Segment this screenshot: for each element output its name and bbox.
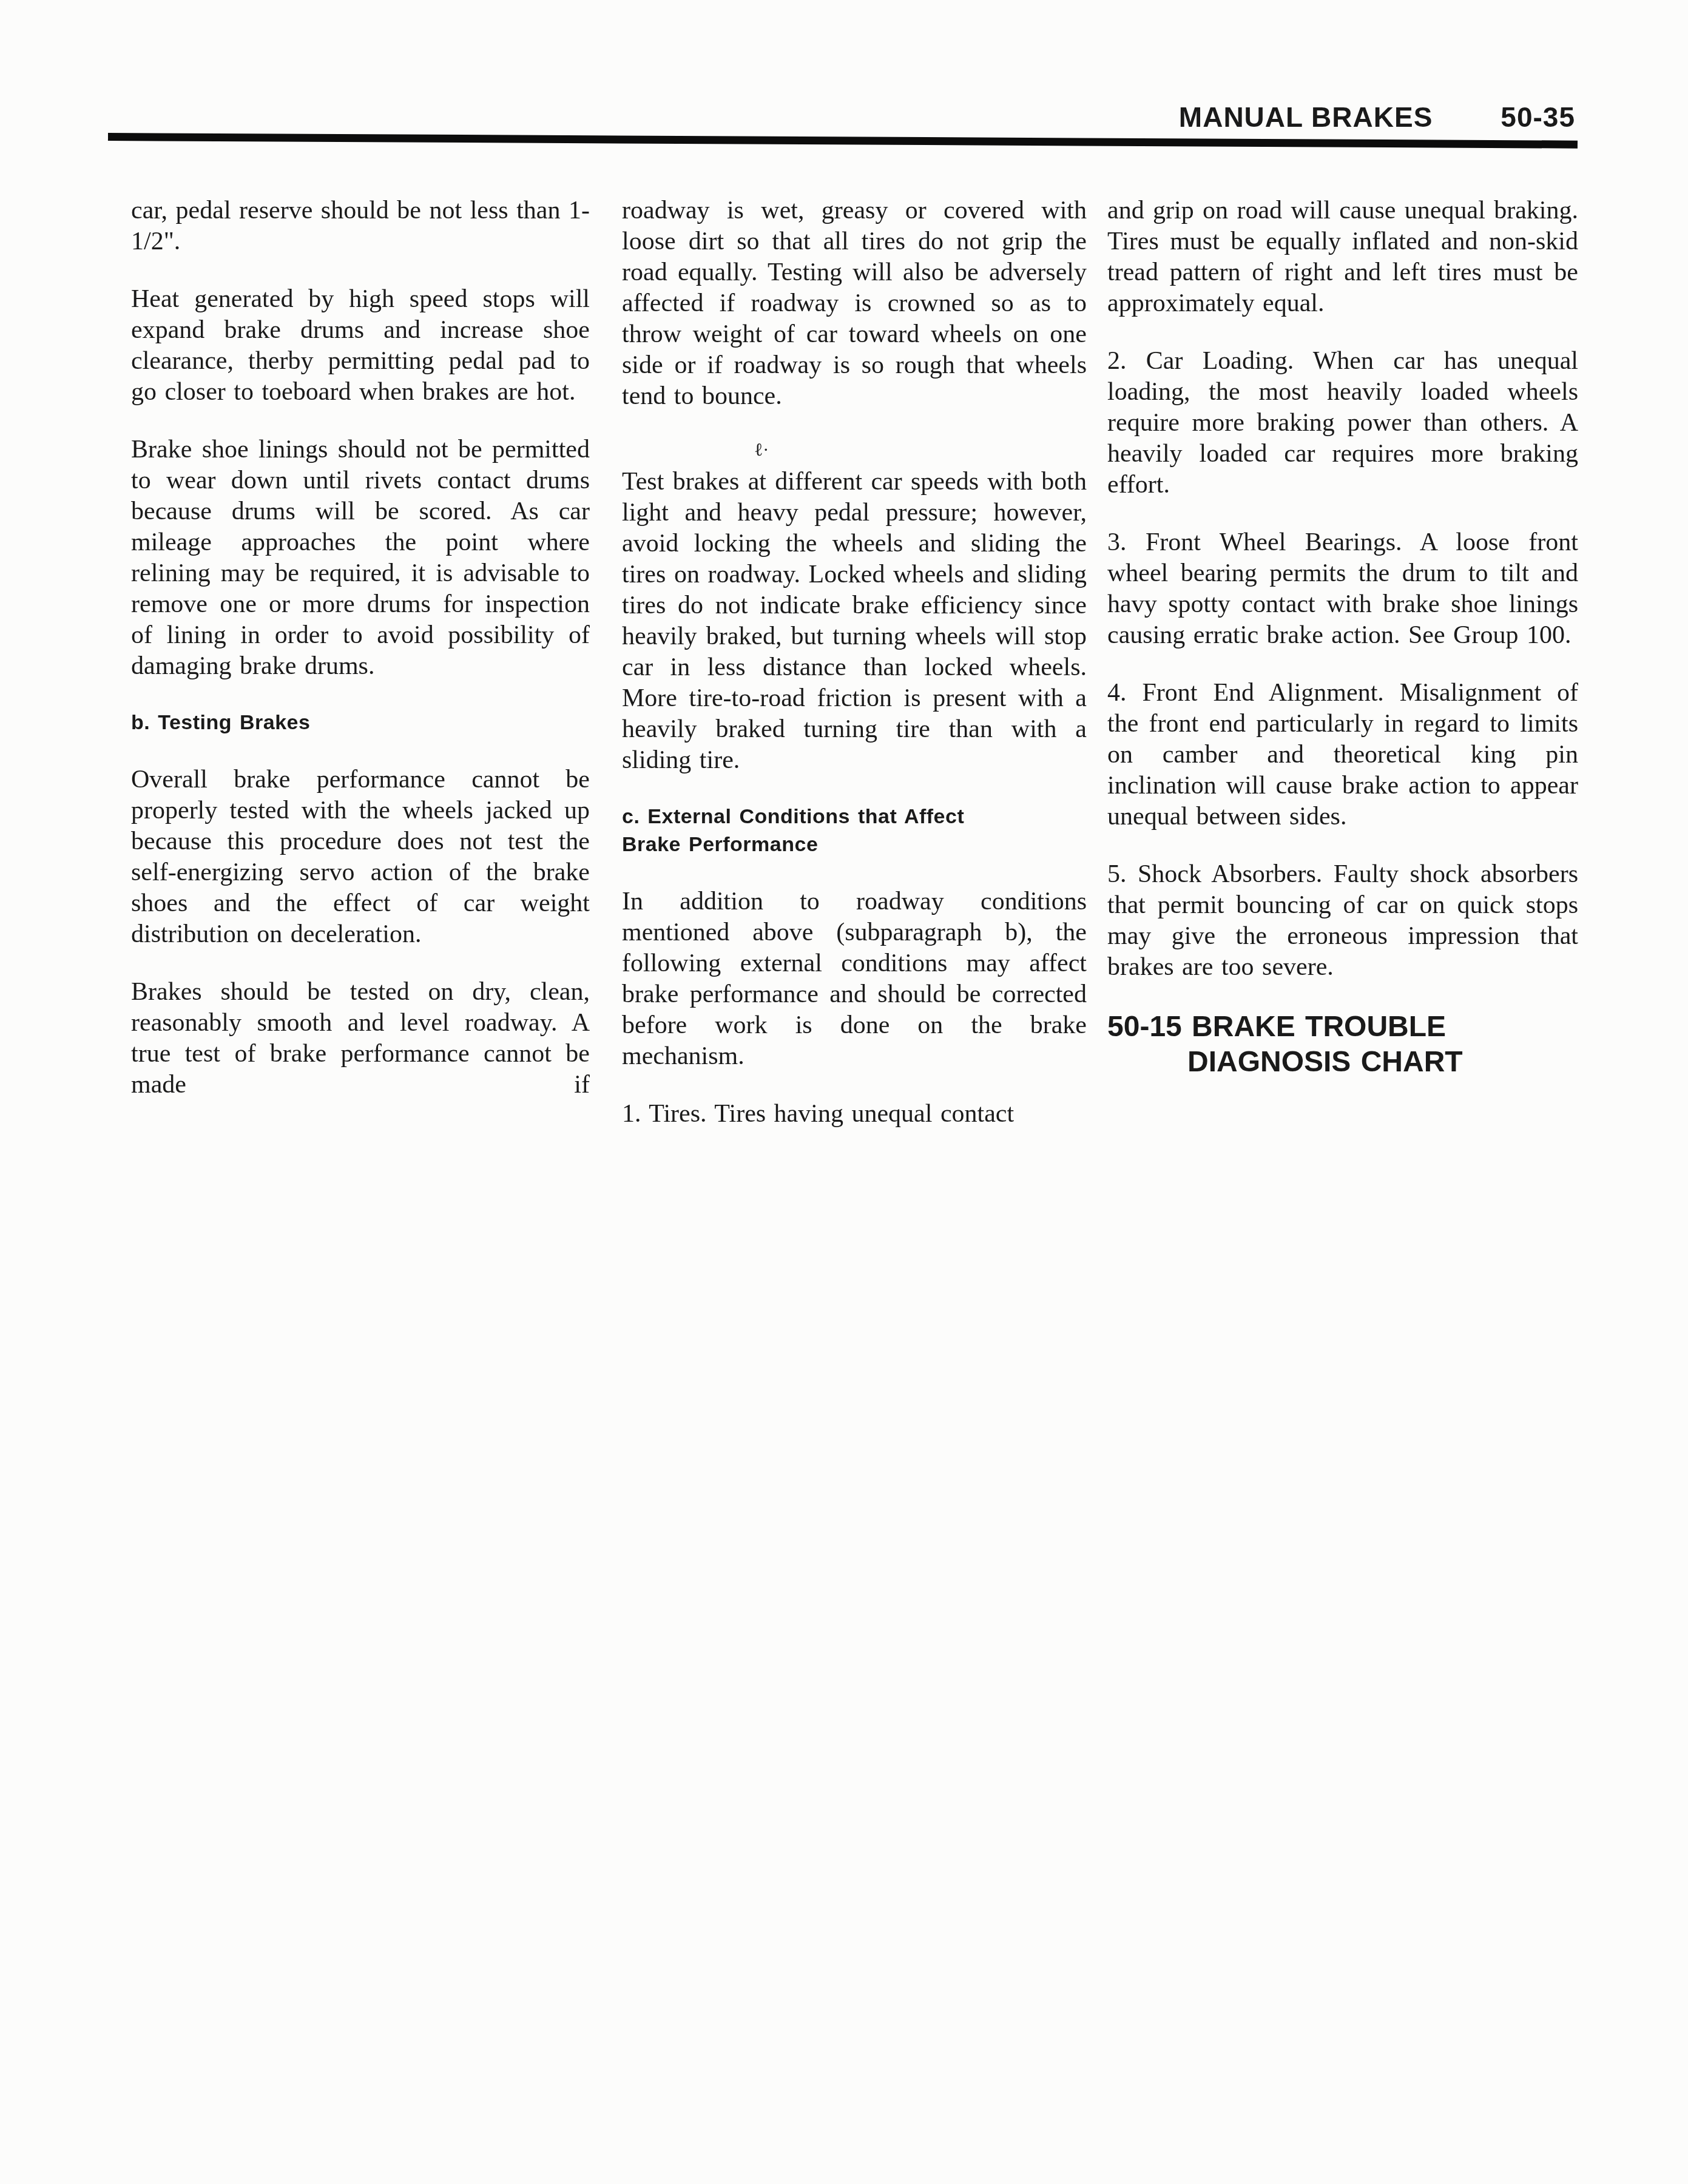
paragraph-front-wheel-bearings: 3. Front Wheel Bearings. A loose front w… xyxy=(1107,527,1578,651)
paragraph-grip-on-road: and grip on road will cause unequal brak… xyxy=(1107,195,1578,319)
subheading-external-conditions: c. External Conditions that Affect Brake… xyxy=(622,803,1087,858)
subheading-testing-brakes: b. Testing Brakes xyxy=(131,709,590,736)
heading-brake-trouble-line1: 50-15 BRAKE TROUBLE xyxy=(1107,1011,1446,1043)
subheading-external-conditions-line1: c. External Conditions that Affect xyxy=(622,805,964,828)
column-left: car, pedal reserve should be not less th… xyxy=(131,195,590,1127)
column-middle: roadway is wet, greasy or covered with l… xyxy=(622,195,1087,1156)
paragraph-heat-generated: Heat generated by high speed stops will … xyxy=(131,284,590,408)
heading-diagnosis-chart-line2: DIAGNOSIS CHART xyxy=(1187,1045,1463,1080)
paragraph-overall-brake-performance: Overall brake performance cannot be prop… xyxy=(131,764,590,950)
header-rule xyxy=(108,133,1578,149)
scan-artifact: ℓ· xyxy=(754,439,1087,467)
paragraph-in-addition-roadway: In addition to roadway conditions mentio… xyxy=(622,886,1087,1072)
heading-brake-trouble-diagnosis-chart: 50-15 BRAKE TROUBLE DIAGNOSIS CHART xyxy=(1107,1009,1578,1080)
paragraph-shock-absorbers: 5. Shock Absorbers. Faulty shock absorbe… xyxy=(1107,859,1578,983)
paragraph-tires-unequal-contact: 1. Tires. Tires having unequal contact xyxy=(622,1099,1087,1130)
paragraph-brakes-tested-dry: Brakes should be tested on dry, clean, r… xyxy=(131,977,590,1100)
paragraph-pedal-reserve: car, pedal reserve should be not less th… xyxy=(131,195,590,257)
paragraph-front-end-alignment: 4. Front End Alignment. Misalignment of … xyxy=(1107,678,1578,832)
paragraph-brake-shoe-linings: Brake shoe linings should not be permitt… xyxy=(131,434,590,682)
running-head-title: MANUAL BRAKES xyxy=(1179,101,1433,133)
subheading-external-conditions-line2: Brake Performance xyxy=(622,833,818,856)
page-header: MANUAL BRAKES 50-35 xyxy=(1179,101,1575,133)
manual-page: MANUAL BRAKES 50-35 car, pedal reserve s… xyxy=(0,0,1688,2184)
page-number: 50-35 xyxy=(1501,101,1575,133)
paragraph-roadway-wet: roadway is wet, greasy or covered with l… xyxy=(622,195,1087,412)
paragraph-test-brakes-speeds: Test brakes at different car speeds with… xyxy=(622,467,1087,776)
column-right: and grip on road will cause unequal brak… xyxy=(1107,195,1578,1080)
paragraph-car-loading: 2. Car Loading. When car has unequal loa… xyxy=(1107,346,1578,500)
